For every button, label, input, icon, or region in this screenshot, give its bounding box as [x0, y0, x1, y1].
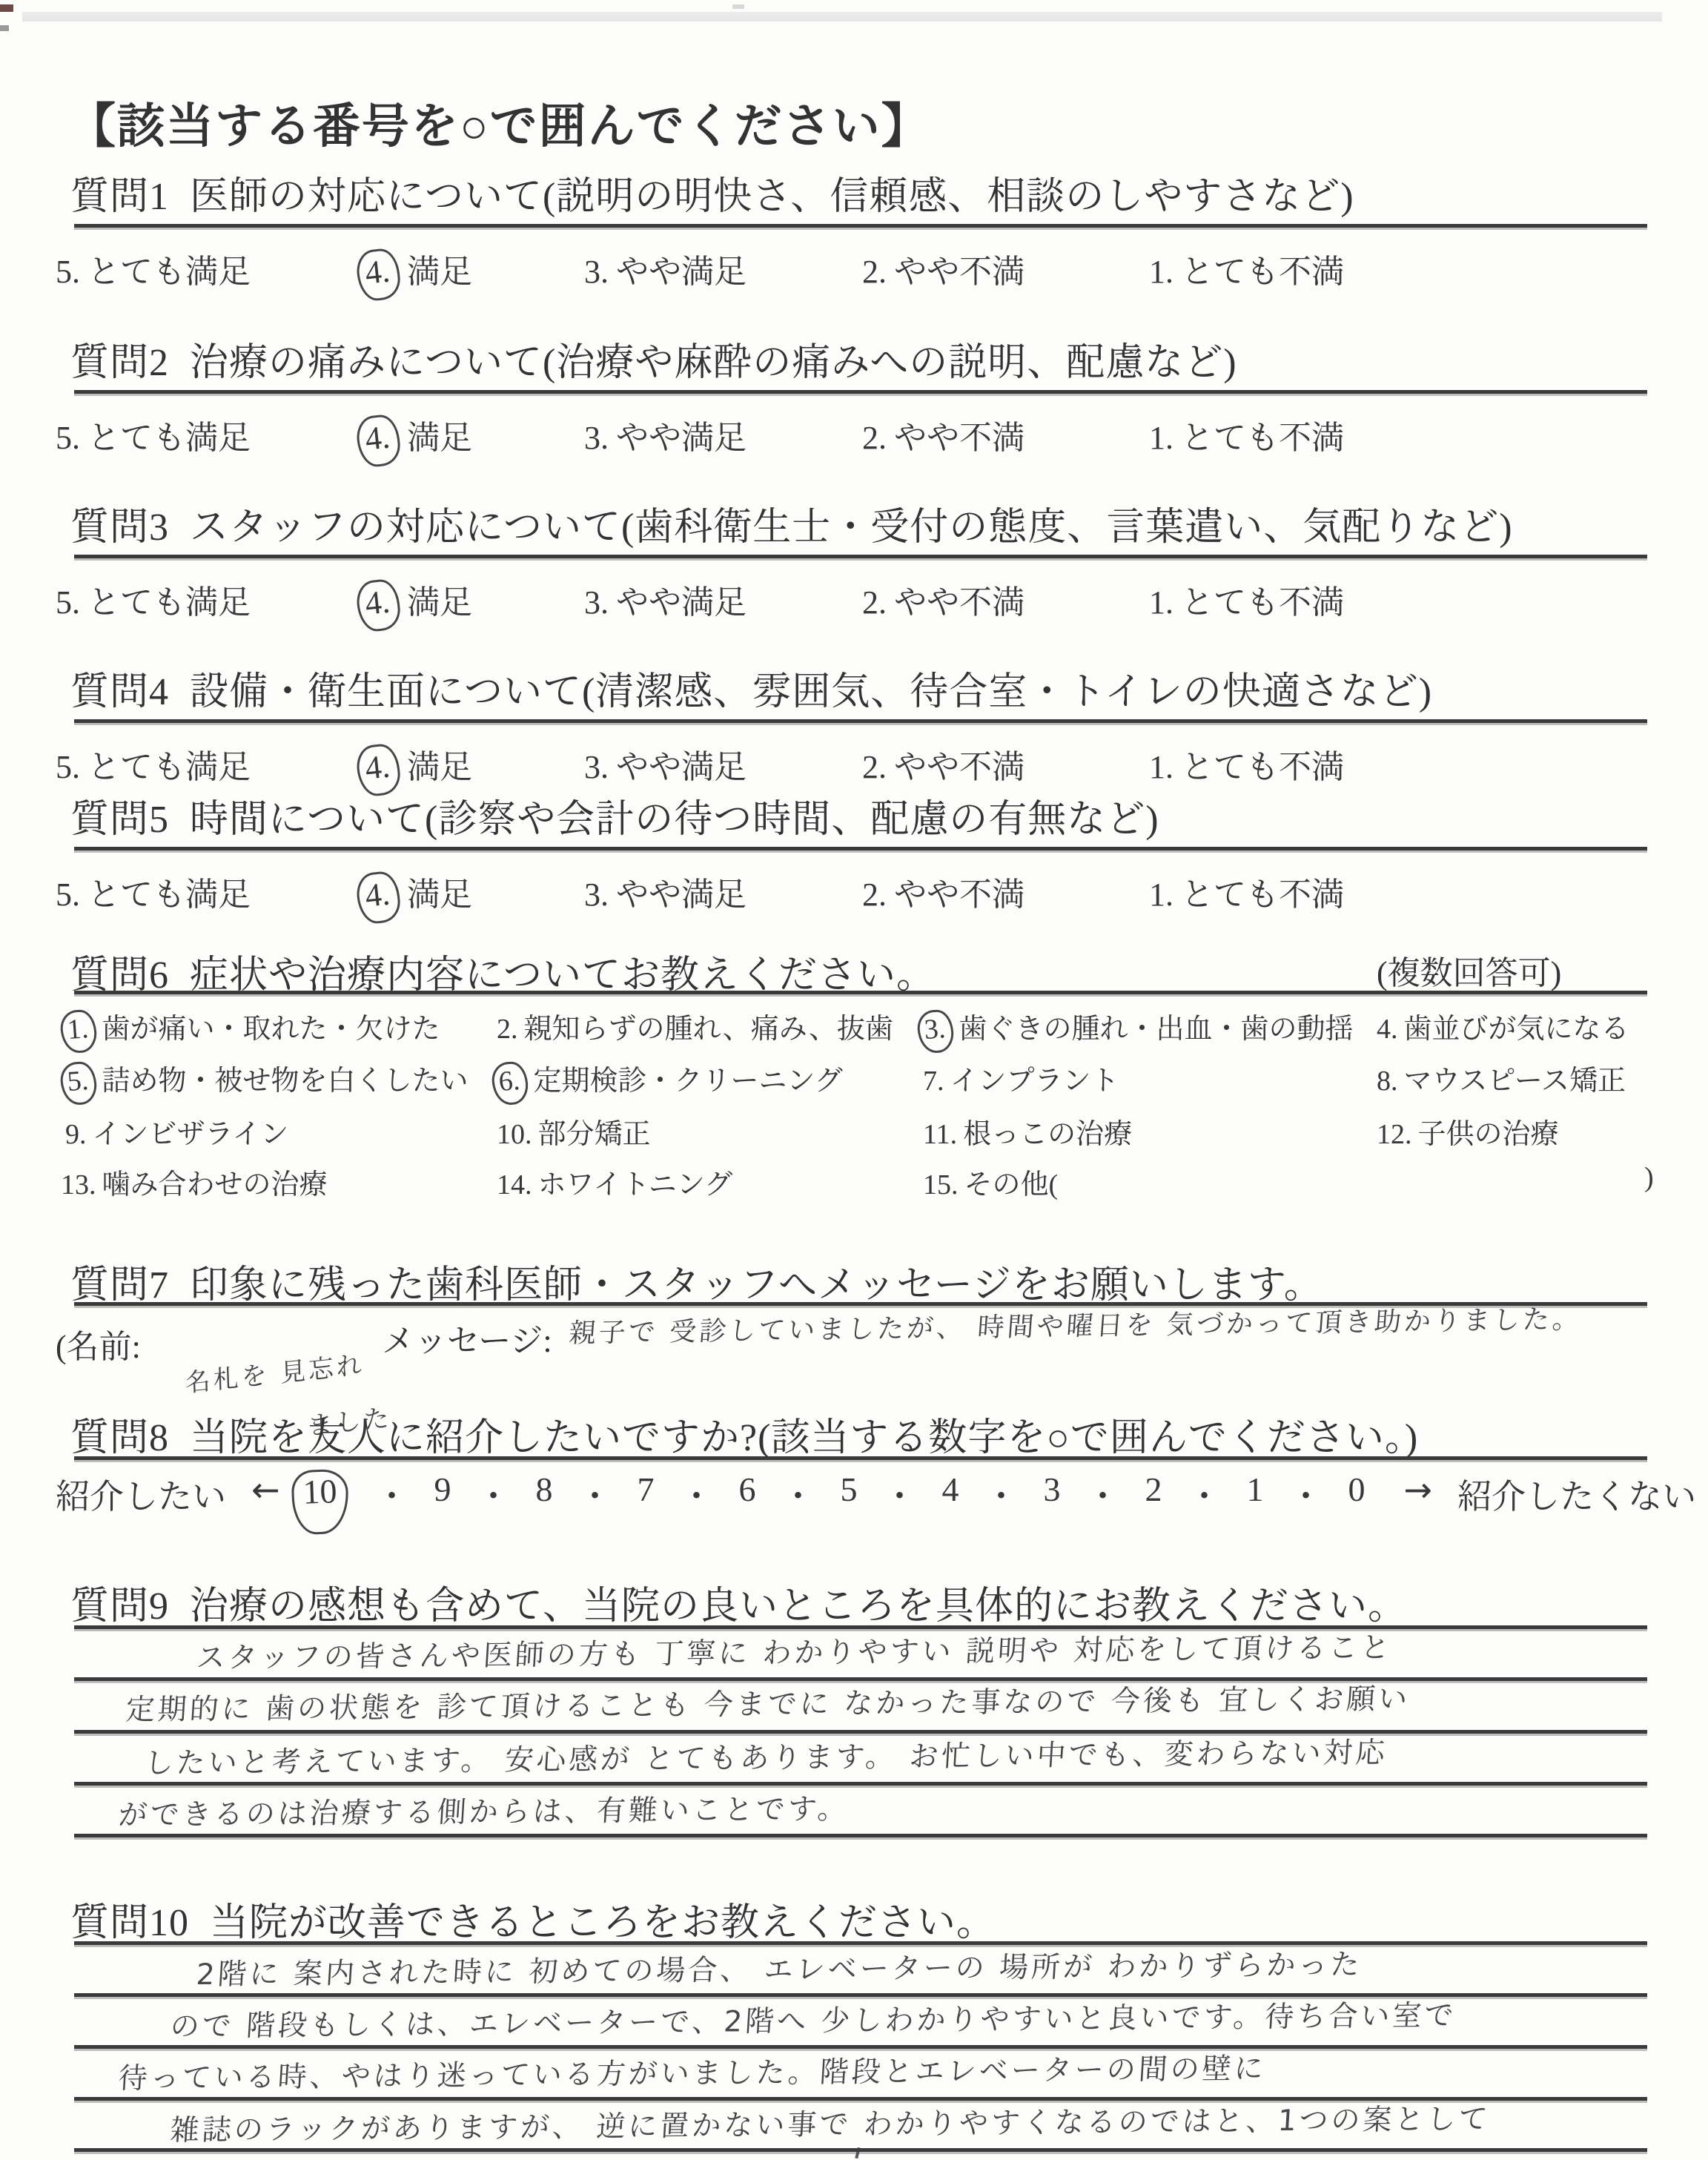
rating-option: 2.やや不満	[862, 245, 1025, 292]
answer-handwriting: 定期的に 歯の状態を 診て頂けることも 今までに なかった事なので 今後も 宜し…	[125, 1676, 1411, 1728]
rating-option: 3.やや満足	[584, 245, 747, 292]
dot-separator: ・	[1188, 1470, 1222, 1519]
option-label: とても不満	[1181, 584, 1344, 621]
rating-option: 5.とても満足	[56, 245, 251, 292]
option-label: 満足	[407, 420, 472, 456]
symptom-option: 4.歯並びが気になる	[1377, 1005, 1629, 1046]
scale-number: 6	[739, 1470, 756, 1509]
multi-answer-note: (複数回答可)	[1377, 946, 1561, 994]
question-title: 設備・衛生面について(清潔感、雰囲気、待合室・トイレの快適さなど)	[190, 671, 1432, 713]
answer-line	[74, 1834, 1647, 1837]
question-number: 質問4	[70, 671, 169, 713]
answer-handwriting: スタッフの皆さんや医師の方も 丁寧に わかりやすい 説明や 対応をして頂けること	[195, 1625, 1394, 1677]
symptom-option-selected: 5.詰め物・被せ物を白くしたい	[61, 1057, 469, 1105]
dot-separator: ・	[680, 1470, 714, 1519]
rating-option-selected: 4.満足	[357, 868, 472, 923]
option-label: やや不満	[894, 749, 1025, 785]
question-number: 質問2	[70, 342, 169, 384]
question-number: 質問7	[70, 1264, 169, 1307]
option-number: 3.	[584, 584, 609, 621]
option-label: とても不満	[1181, 876, 1344, 913]
option-number: 3.	[584, 749, 609, 785]
option-label: やや満足	[616, 254, 747, 290]
rating-option: 3.やや満足	[584, 740, 747, 787]
symptom-option: 13.噛み合わせの治療	[61, 1161, 328, 1202]
rating-option: 1.とても不満	[1149, 575, 1344, 623]
divider-rule	[74, 719, 1647, 723]
option-number: 15.	[923, 1169, 959, 1200]
option-number: 7.	[923, 1066, 944, 1097]
symptom-option: 8.マウスピース矯正	[1377, 1057, 1626, 1098]
question-header: 質問4設備・衛生面について(清潔感、雰囲気、待合室・トイレの快適さなど)	[70, 660, 1432, 716]
question-title: 治療の感想も含めて、当院の良いところを具体的にお教えください。	[190, 1585, 1407, 1628]
option-label: その他(	[964, 1169, 1059, 1200]
question-number: 質問3	[70, 506, 169, 549]
question-title: 当院が改善できるところをお教えください。	[210, 1902, 996, 1944]
option-number: 2.	[862, 584, 887, 621]
scale-number: 7	[638, 1470, 655, 1509]
option-number: 3.	[584, 420, 609, 456]
option-label: 噛み合わせの治療	[102, 1169, 328, 1200]
option-label: やや満足	[616, 420, 747, 456]
rating-option: 3.やや満足	[584, 868, 747, 915]
question-header: 質問9治療の感想も含めて、当院の良いところを具体的にお教えください。	[70, 1574, 1407, 1630]
option-number: 1.	[1149, 876, 1174, 913]
rating-option: 1.とても不満	[1149, 245, 1344, 292]
rating-option-selected: 4.満足	[357, 245, 472, 300]
name-field-label: (名前:	[56, 1320, 141, 1367]
option-number: 2.	[497, 1014, 518, 1045]
scale-number: 0	[1348, 1470, 1366, 1509]
rating-option: 2.やや不満	[862, 740, 1025, 787]
hand-drawn-circle: 5.	[59, 1060, 97, 1106]
page-title: 【該当する番号を○で囲んでください】	[68, 88, 930, 156]
option-label: 満足	[407, 254, 472, 290]
option-number: 2.	[862, 420, 887, 456]
scale-number: 4	[942, 1470, 959, 1509]
option-label: 子供の治療	[1418, 1119, 1559, 1150]
option-label: とても満足	[87, 254, 251, 290]
option-label: ホワイトニング	[538, 1169, 733, 1200]
rating-option: 3.やや満足	[584, 411, 747, 458]
hand-drawn-circle: 4.	[355, 578, 403, 633]
rating-option: 5.とても満足	[56, 868, 251, 915]
rating-option: 2.やや不満	[862, 575, 1025, 623]
option-label: インプラント	[950, 1066, 1119, 1097]
scale-number: 3	[1044, 1470, 1061, 1509]
scale-right-label: 紹介したくない	[1457, 1470, 1696, 1519]
scale-number: 1	[1247, 1470, 1264, 1509]
option-label: 満足	[407, 749, 472, 785]
scan-edge-mark	[0, 4, 13, 12]
option-label: 部分矯正	[538, 1119, 651, 1150]
option-number: 1.	[1149, 584, 1174, 621]
rating-option: 3.やや満足	[584, 575, 747, 623]
dot-separator: ・	[1086, 1470, 1120, 1519]
rating-option: 2.やや不満	[862, 411, 1025, 458]
symptom-option: 10.部分矯正	[497, 1111, 651, 1152]
hand-drawn-circle-10: 10	[291, 1469, 349, 1536]
message-field-label: メッセージ:	[382, 1314, 552, 1361]
option-number: 2.	[862, 254, 887, 290]
option-number: 3.	[584, 876, 609, 913]
question-header: 質問1医師の対応について(説明の明快さ、信頼感、相談のしやすさなど)	[70, 165, 1354, 220]
rating-option: 5.とても満足	[56, 740, 251, 787]
option-label: とても満足	[87, 876, 251, 913]
scan-artifact-bar	[22, 12, 1662, 22]
option-number: 5.	[56, 420, 80, 456]
symptom-option-selected: 6.定期検診・クリーニング	[492, 1057, 843, 1105]
scale-left-label: 紹介したい	[56, 1470, 226, 1519]
rating-option: 1.とても不満	[1149, 411, 1344, 458]
question-title: 治療の痛みについて(治療や麻酔の痛みへの説明、配慮など)	[190, 342, 1237, 384]
question-header: 質問7印象に残った歯科医師・スタッフへメッセージをお願いします。	[70, 1253, 1323, 1309]
option-number: 12.	[1377, 1119, 1412, 1150]
option-label: やや不満	[894, 584, 1025, 621]
option-label: やや満足	[616, 584, 747, 621]
option-number: 1.	[1149, 420, 1174, 456]
option-number: 11.	[923, 1119, 957, 1150]
option-number: 9.	[65, 1119, 87, 1150]
hand-drawn-circle: 4.	[355, 247, 403, 303]
option-number: 5.	[56, 749, 80, 785]
answer-handwriting: ができるのは治療する側からは、有難いことです。	[117, 1786, 850, 1834]
option-label: 満足	[407, 876, 472, 913]
answer-line	[74, 1730, 1647, 1734]
scale-number: 8	[536, 1470, 553, 1509]
dot-separator: ・	[1289, 1470, 1323, 1519]
option-label: インビザライン	[93, 1119, 289, 1150]
question-title: 印象に残った歯科医師・スタッフへメッセージをお願いします。	[190, 1264, 1323, 1307]
scale-number: 2	[1145, 1470, 1162, 1509]
option-label: 満足	[407, 584, 472, 621]
answer-handwriting: 2階に 案内された時に 初めての場合、 エレベーターの 場所が わかりずらかった	[195, 1941, 1363, 1993]
option-number: 13.	[61, 1169, 96, 1200]
scale-number: 9	[434, 1470, 451, 1509]
answer-handwriting: ので 階段もしくは、エレベーターで、2階へ 少しわかりやすいと良いです。待ち合い…	[169, 1992, 1457, 2045]
question-header: 質問5時間について(診察や会計の待つ時間、配慮の有無など)	[70, 787, 1159, 843]
right-arrow: →	[1404, 1470, 1433, 1510]
dot-separator: ・	[375, 1470, 409, 1519]
option-label: 親知らずの腫れ、痛み、抜歯	[524, 1014, 894, 1045]
option-label: 歯ぐきの腫れ・出血・歯の動揺	[959, 1014, 1354, 1045]
hand-drawn-circle: 6.	[491, 1060, 529, 1106]
answer-handwriting: 雑誌のラックがありますが、 逆に置かない事で わかりやすくなるのではと、1つの案…	[169, 2095, 1492, 2149]
option-number: 8.	[1377, 1066, 1398, 1097]
option-number: 5.	[56, 584, 80, 621]
option-number: 14.	[497, 1169, 532, 1200]
rating-option: 1.とても不満	[1149, 868, 1344, 915]
question-header: 質問3スタッフの対応について(歯科衛生士・受付の態度、言葉遣い、気配りなど)	[70, 495, 1513, 551]
symptom-option: 2.親知らずの腫れ、痛み、抜歯	[497, 1005, 893, 1046]
divider-rule	[74, 991, 1647, 994]
symptom-option-selected: 1.歯が痛い・取れた・欠けた	[61, 1005, 440, 1053]
option-number: 3.	[584, 254, 609, 290]
answer-line	[74, 2045, 1647, 2049]
divider-rule	[74, 847, 1647, 851]
question-header: 質問10当院が改善できるところをお教えください。	[70, 1891, 996, 1946]
dot-separator: ・	[883, 1470, 917, 1519]
answer-line	[74, 1941, 1647, 1945]
option-label: 歯が痛い・取れた・欠けた	[102, 1014, 440, 1045]
question-number: 質問5	[70, 799, 169, 841]
question-title: 医師の対応について(説明の明快さ、信頼感、相談のしやすさなど)	[190, 176, 1354, 218]
scanned-survey-page: { "page": { "title": "【該当する番号を○で囲んでください】…	[0, 0, 1708, 2160]
symptom-option-selected: 3.歯ぐきの腫れ・出血・歯の動揺	[918, 1005, 1354, 1053]
option-label: 詰め物・被せ物を白くしたい	[102, 1066, 469, 1097]
dot-separator: ・	[984, 1470, 1019, 1519]
option-label: とても不満	[1181, 749, 1344, 785]
option-label: とても満足	[87, 749, 251, 785]
other-close-paren: )	[1644, 1161, 1654, 1194]
rating-option: 5.とても満足	[56, 411, 251, 458]
hand-drawn-circle: 4.	[355, 870, 403, 925]
nps-scale-row: 紹介したい ← 10 ・ 9 ・ 8 ・ 7 ・ 6 ・ 5 ・ 4 ・ 3 ・…	[56, 1470, 1696, 1534]
question-header: 質問2治療の痛みについて(治療や麻酔の痛みへの説明、配慮など)	[70, 331, 1237, 386]
divider-rule	[74, 555, 1647, 558]
option-label: 定期検診・クリーニング	[534, 1066, 843, 1097]
answer-handwriting: したいと考えています。 安心感が とてもあります。 お忙しい中でも、変わらない対…	[143, 1729, 1388, 1782]
symptom-option: 14.ホワイトニング	[497, 1161, 732, 1202]
symptom-option: 11.根っこの治療	[923, 1111, 1132, 1152]
option-label: やや不満	[894, 254, 1025, 290]
option-number: 1.	[1149, 254, 1174, 290]
divider-rule	[74, 1456, 1647, 1460]
question-number: 質問1	[70, 176, 169, 218]
option-number: 2.	[862, 749, 887, 785]
rating-option: 1.とても不満	[1149, 740, 1344, 787]
dot-separator: ・	[578, 1470, 612, 1519]
divider-rule	[74, 390, 1647, 394]
rating-option-selected: 4.満足	[357, 411, 472, 466]
hand-drawn-circle: 3.	[916, 1008, 954, 1054]
question-number: 質問10	[70, 1902, 189, 1944]
option-number: 1.	[1149, 749, 1174, 785]
divider-rule	[74, 224, 1647, 228]
option-number: 5.	[56, 876, 80, 913]
question-title: 当院を友人に紹介したいですか?(該当する数字を○で囲んでください。)	[190, 1417, 1418, 1459]
scale-number: 5	[841, 1470, 858, 1509]
option-label: やや不満	[894, 420, 1025, 456]
option-label: やや満足	[616, 749, 747, 785]
option-label: やや不満	[894, 876, 1025, 913]
dot-separator: ・	[781, 1470, 815, 1519]
dot-separator: ・	[477, 1470, 511, 1519]
option-label: とても満足	[87, 420, 251, 456]
option-number: 10.	[497, 1119, 532, 1150]
hand-drawn-circle: 4.	[355, 413, 403, 469]
option-number: 2.	[862, 876, 887, 913]
left-arrow: ←	[251, 1470, 280, 1510]
answer-line	[74, 1782, 1647, 1786]
question-number: 質問8	[70, 1417, 169, 1459]
scan-edge-mark	[0, 25, 9, 31]
option-label: とても不満	[1181, 420, 1344, 456]
question-number: 質問9	[70, 1585, 169, 1628]
option-label: とても満足	[87, 584, 251, 621]
option-label: とても不満	[1181, 254, 1344, 290]
hand-drawn-circle: 1.	[59, 1008, 97, 1054]
option-label: やや満足	[616, 876, 747, 913]
symptom-option: 7.インプラント	[923, 1057, 1119, 1098]
option-label: 根っこの治療	[963, 1119, 1132, 1150]
rating-option: 5.とても満足	[56, 575, 251, 623]
name-handwriting-line1: 名札を 見忘れ	[185, 1344, 365, 1399]
scan-edge-mark	[732, 4, 744, 9]
option-number: 4.	[1377, 1014, 1398, 1045]
rating-option: 2.やや不満	[862, 868, 1025, 915]
symptom-option: 9.インビザライン	[65, 1111, 288, 1152]
rating-option-selected: 4.満足	[357, 575, 472, 631]
symptom-option-other: 15.その他(	[923, 1161, 1058, 1202]
question-title: スタッフの対応について(歯科衛生士・受付の態度、言葉遣い、気配りなど)	[190, 506, 1513, 549]
option-label: マウスピース矯正	[1404, 1066, 1626, 1097]
option-label: 歯並びが気になる	[1404, 1014, 1629, 1045]
question-title: 時間について(診察や会計の待つ時間、配慮の有無など)	[190, 799, 1159, 841]
answer-line	[74, 2148, 1647, 2152]
answer-handwriting: 待っている時、やはり迷っている方がいました。階段とエレベーターの間の壁に	[117, 2045, 1267, 2097]
option-number: 5.	[56, 254, 80, 290]
symptom-option: 12.子供の治療	[1377, 1111, 1559, 1152]
question-header: 質問8当院を友人に紹介したいですか?(該当する数字を○で囲んでください。)	[70, 1406, 1418, 1462]
